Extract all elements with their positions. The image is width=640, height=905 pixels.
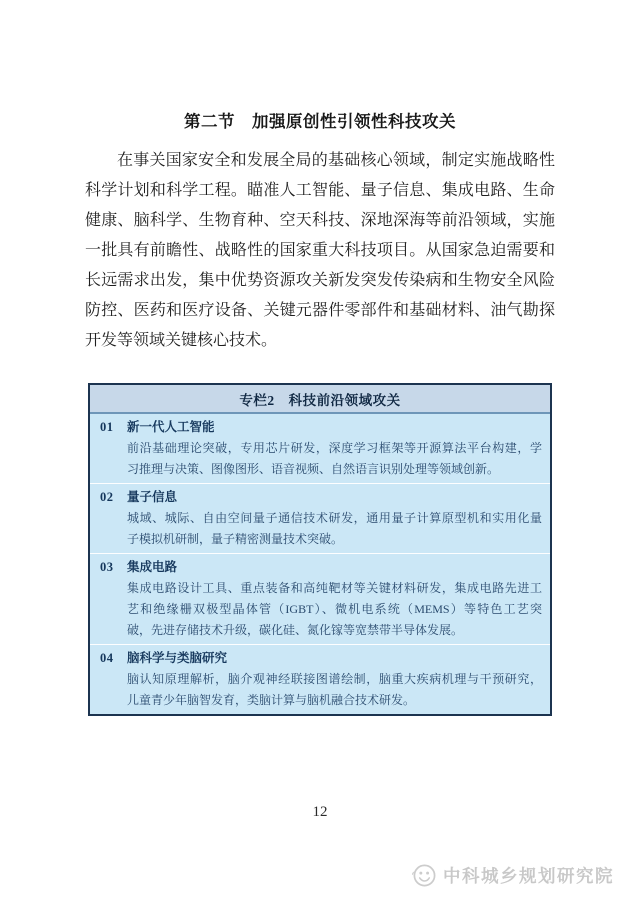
- item-number: 03: [100, 557, 127, 578]
- wechat-smiley-icon: [412, 863, 437, 888]
- item-text-line: 儿童青少年脑智发育，类脑计算与脑机融合技术研发。: [127, 690, 542, 711]
- panel-item-ic: 03集成电路 集成电路设计工具、重点装备和高纯靶材等关键材料研发，集成电路先进工…: [90, 553, 550, 644]
- body-paragraph: 在事关国家安全和发展全局的基础核心领域，制定实施战略性 科学计划和科学工程。瞄准…: [85, 146, 555, 356]
- panel-item-ai: 01新一代人工智能 前沿基础理论突破，专用芯片研发，深度学习框架等开源算法平台构…: [90, 414, 550, 483]
- section-title: 第二节 加强原创性引领性科技攻关: [85, 108, 555, 132]
- panel-item-quantum: 02量子信息 城域、城际、自由空间量子通信技术研发，通用量子计算原型机和实用化量…: [90, 483, 550, 553]
- item-text-line: 城域、城际、自由空间量子通信技术研发，通用量子计算原型机和实用化量: [127, 508, 542, 529]
- item-title: 量子信息: [127, 490, 177, 504]
- paragraph-line: 科学计划和科学工程。瞄准人工智能、量子信息、集成电路、生命: [85, 176, 555, 206]
- item-number: 02: [100, 487, 127, 508]
- column-panel: 专栏2 科技前沿领域攻关 01新一代人工智能 前沿基础理论突破，专用芯片研发，深…: [88, 383, 552, 716]
- paragraph-line: 防控、医药和医疗设备、关键元器件零部件和基础材料、油气勘探: [85, 296, 555, 326]
- paragraph-line: 健康、脑科学、生物育种、空天科技、深地深海等前沿领域，实施: [85, 206, 555, 236]
- item-text-line: 集成电路设计工具、重点装备和高纯靶材等关键材料研发，集成电路先进工: [127, 578, 542, 599]
- document-page: 第二节 加强原创性引领性科技攻关 在事关国家安全和发展全局的基础核心领域，制定实…: [0, 0, 640, 905]
- panel-item-heading: 03集成电路: [98, 557, 542, 578]
- item-text-line: 破，先进存储技术升级，碳化硅、氮化镓等宽禁带半导体发展。: [127, 620, 542, 641]
- panel-title: 专栏2 科技前沿领域攻关: [90, 385, 550, 414]
- item-title: 新一代人工智能: [127, 420, 215, 434]
- page-number: 12: [85, 804, 555, 821]
- paragraph-line: 长远需求出发，集中优势资源攻关新发突发传染病和生物安全风险: [85, 266, 555, 296]
- item-text-line: 脑认知原理解析，脑介观神经联接图谱绘制，脑重大疾病机理与干预研究，: [127, 669, 542, 690]
- panel-item-brain: 04脑科学与类脑研究 脑认知原理解析，脑介观神经联接图谱绘制，脑重大疾病机理与干…: [90, 644, 550, 714]
- watermark: 中科城乡规划研究院: [412, 861, 614, 889]
- panel-item-heading: 02量子信息: [98, 487, 542, 508]
- panel-item-heading: 04脑科学与类脑研究: [98, 648, 542, 669]
- item-text-line: 艺和绝缘栅双极型晶体管（IGBT）、微机电系统（MEMS）等特色工艺突: [127, 599, 542, 620]
- watermark-text: 中科城乡规划研究院: [443, 863, 614, 888]
- item-title: 脑科学与类脑研究: [127, 651, 227, 665]
- paragraph-line: 在事关国家安全和发展全局的基础核心领域，制定实施战略性: [85, 146, 555, 176]
- item-text-line: 前沿基础理论突破，专用芯片研发，深度学习框架等开源算法平台构建，学: [127, 438, 542, 459]
- item-text-line: 子模拟机研制，量子精密测量技术突破。: [127, 529, 542, 550]
- paragraph-line: 一批具有前瞻性、战略性的国家重大科技项目。从国家急迫需要和: [85, 236, 555, 266]
- item-number: 04: [100, 648, 127, 669]
- item-title: 集成电路: [127, 560, 177, 574]
- panel-item-heading: 01新一代人工智能: [98, 417, 542, 438]
- paragraph-line: 开发等领域关键核心技术。: [85, 326, 555, 356]
- item-number: 01: [100, 417, 127, 438]
- item-text-line: 习推理与决策、图像图形、语音视频、自然语言识别处理等领域创新。: [127, 459, 542, 480]
